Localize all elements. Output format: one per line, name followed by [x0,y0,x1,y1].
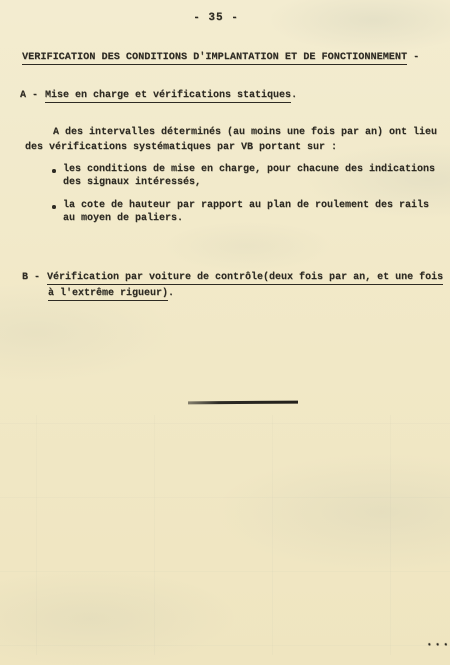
section-a-label: A - [20,90,38,101]
paragraph-line: des vérifications systématiques par VB p… [25,141,437,156]
list-item-line: les conditions de mise en charge, pour c… [63,164,435,177]
main-heading-text: VERIFICATION DES CONDITIONS D'IMPLANTATI… [22,52,407,65]
section-b-heading-period: . [168,288,174,299]
list-item: les conditions de mise en charge, pour c… [52,164,435,190]
section-a-heading: A -Mise en charge et vérifications stati… [20,90,297,101]
section-b-label: B - [22,272,40,283]
section-a-intro-paragraph: A des intervalles déterminés (au moins u… [25,126,437,155]
section-b-line-1: B -Vérification par voiture de contrôle(… [22,270,443,286]
continuation-dots: ... [426,637,450,649]
section-a-heading-period: . [291,90,297,101]
section-b-line-2: à l'extrême rigueur). [48,286,443,302]
page-number: - 35 - [0,12,432,24]
section-b-heading-text-2: à l'extrême rigueur) [48,288,168,301]
list-item-line: la cote de hauteur par rapport au plan d… [63,200,429,213]
section-b-heading-text-1: Vérification par voiture de contrôle(deu… [47,272,443,285]
list-item: la cote de hauteur par rapport au plan d… [52,200,429,226]
section-b-heading: B -Vérification par voiture de contrôle(… [22,270,443,301]
paragraph-line: A des intervalles déterminés (au moins u… [25,126,437,141]
section-a-heading-text: Mise en charge et vérifications statique… [45,90,291,103]
main-heading-dash: - [413,52,419,63]
separator-rule [188,401,298,404]
list-item-line: des signaux intéressés, [63,177,435,190]
paper-showthrough-texture [0,415,450,655]
main-heading: VERIFICATION DES CONDITIONS D'IMPLANTATI… [22,52,419,63]
list-item-line: au moyen de paliers. [63,213,429,226]
